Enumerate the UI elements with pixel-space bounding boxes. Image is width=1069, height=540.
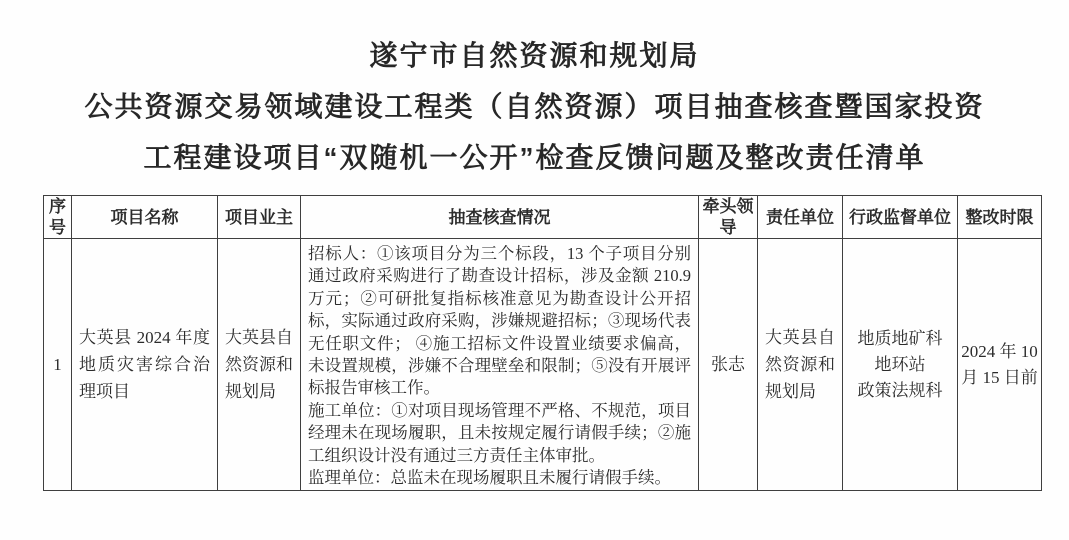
header-lead-leader: 牵头领导	[699, 196, 758, 239]
findings-bidder-paragraph: 招标人：①该项目分为三个标段，13 个子项目分别通过政府采购进行了勘查设计招标，…	[308, 243, 691, 400]
header-deadline: 整改时限	[958, 196, 1042, 239]
title-line-2: 公共资源交易领域建设工程类（自然资源）项目抽查核查暨国家投资	[0, 81, 1069, 132]
cell-deadline: 2024 年 10 月 15 日前	[958, 239, 1042, 491]
header-project-name: 项目名称	[72, 196, 218, 239]
cell-seq: 1	[44, 239, 72, 491]
findings-supervisor-paragraph: 监理单位：总监未在现场履职且未履行请假手续。	[308, 467, 691, 489]
header-row: 序号 项目名称 项目业主 抽查核查情况 牵头领导 责任单位 行政监督单位 整改时…	[44, 196, 1042, 239]
header-seq: 序号	[44, 196, 72, 239]
cell-supervision-units: 地质地矿科 地环站 政策法规科	[843, 239, 958, 491]
supervision-unit-line: 地质地矿科	[845, 326, 955, 352]
scanned-document-page: 遂宁市自然资源和规划局 公共资源交易领域建设工程类（自然资源）项目抽查核查暨国家…	[0, 0, 1069, 540]
document-title: 遂宁市自然资源和规划局 公共资源交易领域建设工程类（自然资源）项目抽查核查暨国家…	[0, 30, 1069, 183]
cell-project-owner: 大英县自然资源和规划局	[218, 239, 301, 491]
cell-responsible-unit: 大英县自然资源和规划局	[758, 239, 843, 491]
deadline-line: 月 15 日前	[960, 365, 1039, 391]
cell-findings: 招标人：①该项目分为三个标段，13 个子项目分别通过政府采购进行了勘查设计招标，…	[301, 239, 699, 491]
supervision-unit-line: 政策法规科	[845, 378, 955, 404]
title-line-3: 工程建设项目“双随机一公开”检查反馈问题及整改责任清单	[0, 132, 1069, 183]
findings-contractor-paragraph: 施工单位：①对项目现场管理不严格、不规范，项目经理未在现场履职，且未按规定履行请…	[308, 400, 691, 467]
inspection-findings-table: 序号 项目名称 项目业主 抽查核查情况 牵头领导 责任单位 行政监督单位 整改时…	[43, 195, 1042, 491]
supervision-unit-line: 地环站	[845, 352, 955, 378]
cell-project-name: 大英县 2024 年度地质灾害综合治理项目	[72, 239, 218, 491]
header-responsible-unit: 责任单位	[758, 196, 843, 239]
cell-lead-leader: 张志	[699, 239, 758, 491]
header-findings: 抽查核查情况	[301, 196, 699, 239]
title-line-1: 遂宁市自然资源和规划局	[0, 30, 1069, 81]
header-project-owner: 项目业主	[218, 196, 301, 239]
deadline-line: 2024 年 10	[960, 339, 1039, 365]
header-supervision-unit: 行政监督单位	[843, 196, 958, 239]
table-row: 1 大英县 2024 年度地质灾害综合治理项目 大英县自然资源和规划局 招标人：…	[44, 239, 1042, 491]
